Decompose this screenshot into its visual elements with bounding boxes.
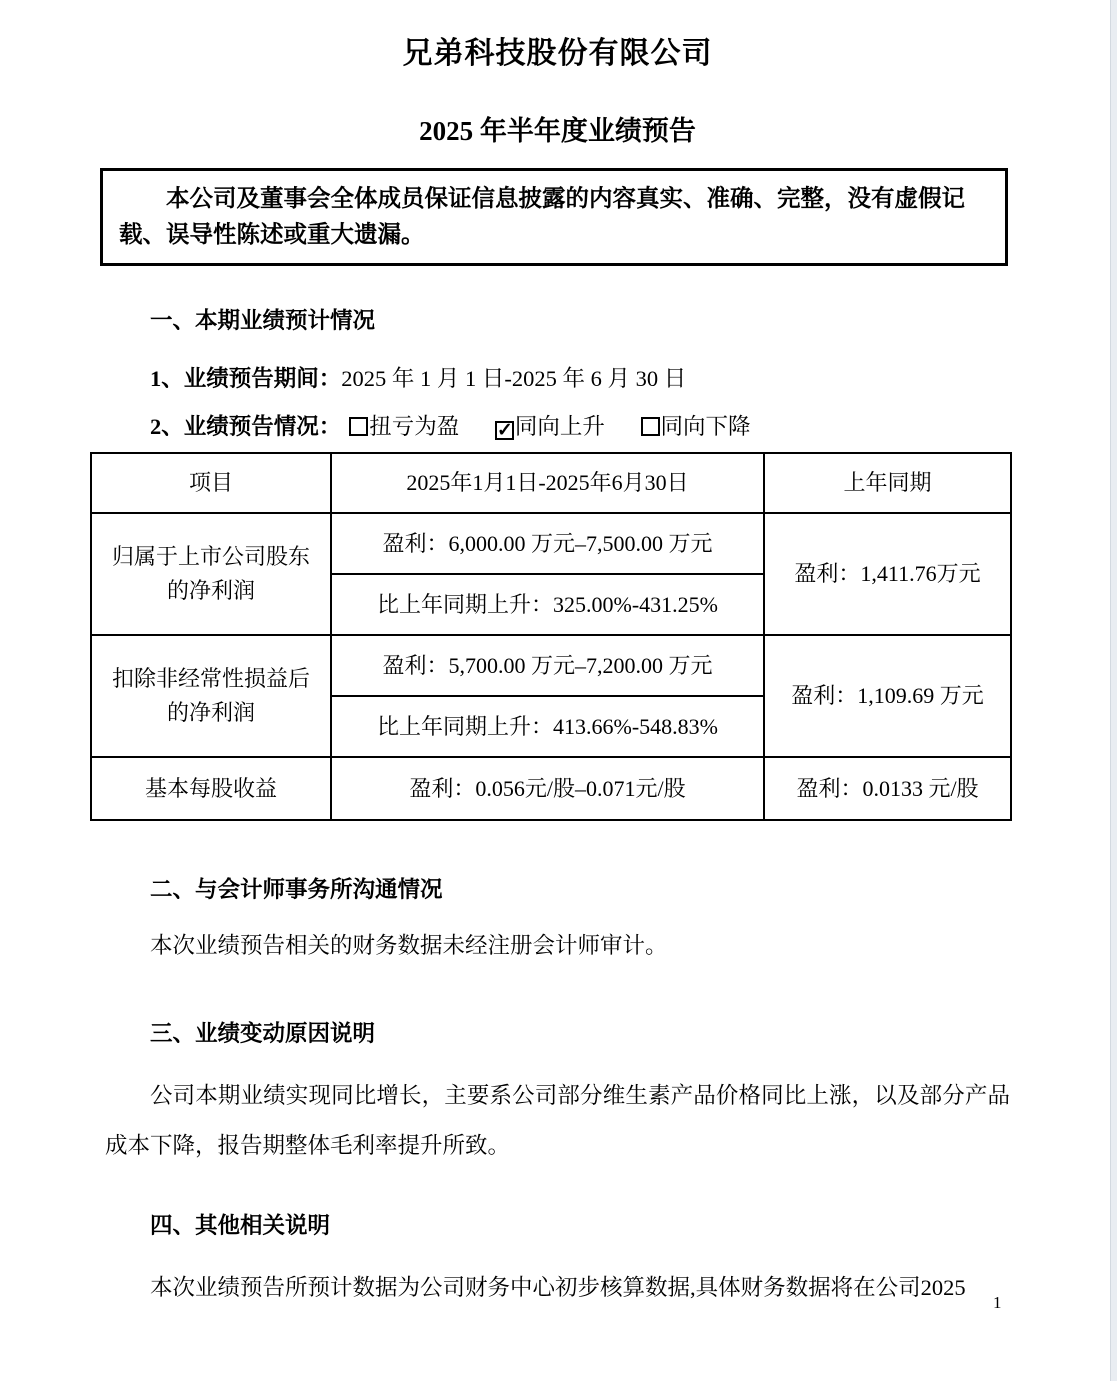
row2-prior: 盈利：1,109.69 万元 [764, 635, 1011, 757]
section-4-body: 本次业绩预告所预计数据为公司财务中心初步核算数据,具体财务数据将在公司2025 [105, 1263, 1010, 1313]
section-2-heading: 二、与会计师事务所沟通情况 [150, 875, 1010, 905]
row2-change: 比上年同期上升：413.66%-548.83% [331, 696, 764, 757]
header-item: 项目 [91, 453, 331, 513]
section-3-body: 公司本期业绩实现同比增长，主要系公司部分维生素产品价格同比上涨，以及部分产品成本… [105, 1071, 1010, 1171]
document-page: 兄弟科技股份有限公司 2025 年半年度业绩预告 本公司及董事会全体成员保证信息… [105, 0, 1010, 1313]
table-row: 归属于上市公司股东的净利润 盈利：6,000.00 万元–7,500.00 万元… [91, 513, 1011, 574]
company-title: 兄弟科技股份有限公司 [105, 34, 1010, 74]
checkbox-unchecked-icon [641, 417, 660, 436]
section-1-heading: 一、本期业绩预计情况 [150, 306, 1010, 336]
page-number: 1 [993, 1292, 1002, 1314]
right-edge-strip [1110, 0, 1117, 1381]
document-subtitle: 2025 年半年度业绩预告 [105, 112, 1010, 150]
forecast-period-line: 1、业绩预告期间：2025 年 1 月 1 日-2025 年 6 月 30 日 [150, 364, 1010, 394]
row2-item: 扣除非经常性损益后的净利润 [91, 635, 331, 757]
table-row: 扣除非经常性损益后的净利润 盈利：5,700.00 万元–7,200.00 万元… [91, 635, 1011, 696]
forecast-period-value: 2025 年 1 月 1 日-2025 年 6 月 30 日 [341, 366, 686, 391]
header-period: 2025年1月1日-2025年6月30日 [331, 453, 764, 513]
row1-change: 比上年同期上升：325.00%-431.25% [331, 574, 764, 635]
checkbox-unchecked-icon [349, 417, 368, 436]
row2-profit: 盈利：5,700.00 万元–7,200.00 万元 [331, 635, 764, 696]
disclaimer-text: 本公司及董事会全体成员保证信息披露的内容真实、准确、完整，没有虚假记载、误导性陈… [119, 186, 965, 248]
section-3-heading: 三、业绩变动原因说明 [150, 1019, 1010, 1049]
checkbox-checked-icon: ✓ [495, 421, 514, 440]
section-2-body: 本次业绩预告相关的财务数据未经注册会计师审计。 [105, 929, 1010, 963]
option-turn-to-profit: 扭亏为盈 [349, 414, 459, 439]
row3-profit: 盈利：0.056元/股–0.071元/股 [331, 757, 764, 820]
disclaimer-box: 本公司及董事会全体成员保证信息披露的内容真实、准确、完整，没有虚假记载、误导性陈… [100, 168, 1008, 266]
option-label: 同向上升 [515, 414, 605, 439]
table-header-row: 项目 2025年1月1日-2025年6月30日 上年同期 [91, 453, 1011, 513]
row1-item: 归属于上市公司股东的净利润 [91, 513, 331, 635]
row3-item: 基本每股收益 [91, 757, 331, 820]
row1-profit: 盈利：6,000.00 万元–7,500.00 万元 [331, 513, 764, 574]
forecast-type-line: 2、业绩预告情况： 扭亏为盈 ✓同向上升 同向下降 [150, 412, 1010, 442]
row3-prior: 盈利：0.0133 元/股 [764, 757, 1011, 820]
option-same-direction-down: 同向下降 [641, 414, 751, 439]
forecast-table: 项目 2025年1月1日-2025年6月30日 上年同期 归属于上市公司股东的净… [90, 452, 1012, 821]
option-same-direction-up: ✓同向上升 [495, 414, 605, 439]
table-row: 基本每股收益 盈利：0.056元/股–0.071元/股 盈利：0.0133 元/… [91, 757, 1011, 820]
forecast-type-options: 扭亏为盈 ✓同向上升 同向下降 [349, 412, 780, 442]
forecast-type-label: 2、业绩预告情况： [150, 414, 341, 439]
row1-prior: 盈利：1,411.76万元 [764, 513, 1011, 635]
section-4-heading: 四、其他相关说明 [150, 1211, 1010, 1241]
forecast-period-label: 1、业绩预告期间： [150, 366, 341, 391]
option-label: 扭亏为盈 [369, 414, 459, 439]
header-prior: 上年同期 [764, 453, 1011, 513]
option-label: 同向下降 [661, 414, 751, 439]
